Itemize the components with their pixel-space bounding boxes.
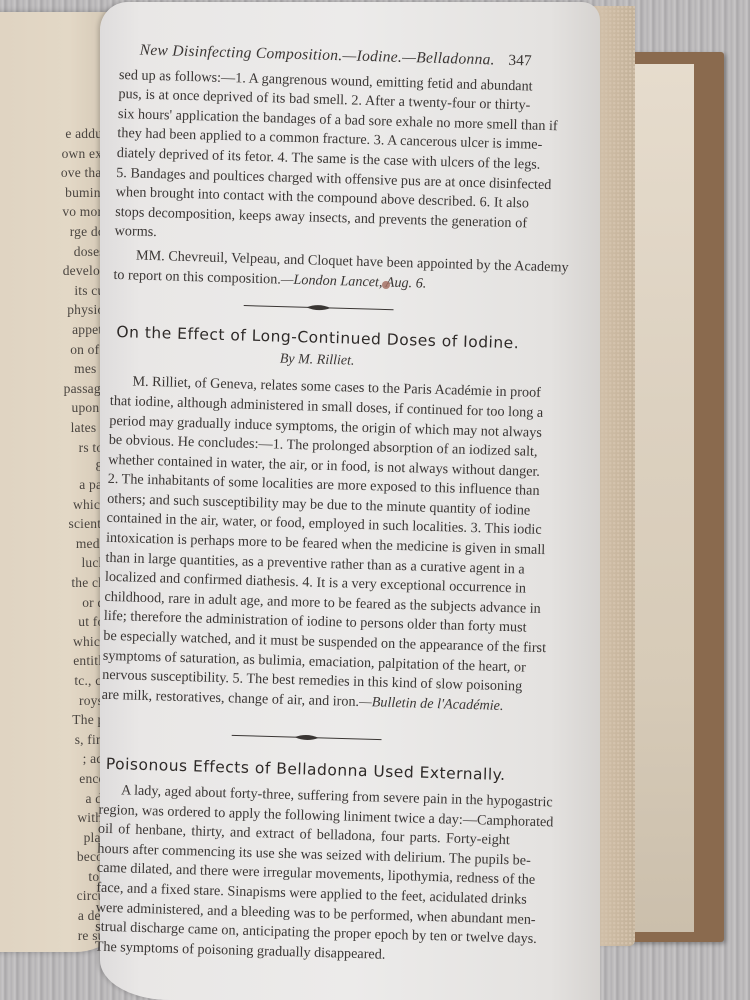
source-citation: —Bulletin de l'Académie. — [359, 694, 504, 714]
paper-stain — [382, 281, 390, 289]
page-content: New Disinfecting Composition.—Iodine.—Be… — [94, 40, 531, 968]
page-number: 347 — [508, 51, 532, 71]
article-body-iodine: M. Rilliet, of Geneva, relates some case… — [101, 372, 522, 716]
source-citation: —London Lancet, Aug. 6. — [281, 271, 427, 291]
cover-endpaper — [632, 64, 694, 932]
academy-note: MM. Chevreuil, Velpeau, and Cloquet have… — [113, 246, 526, 297]
ornament-divider-icon — [231, 731, 381, 745]
ornamental-rule — [101, 727, 513, 748]
ornamental-rule — [113, 297, 525, 318]
ornament-divider-icon — [243, 301, 393, 315]
article-body-belladonna: A lady, aged about forty-three, sufferin… — [94, 781, 511, 969]
continuation-paragraph: sed up as follows:—1. A gangrenous wound… — [114, 66, 531, 254]
